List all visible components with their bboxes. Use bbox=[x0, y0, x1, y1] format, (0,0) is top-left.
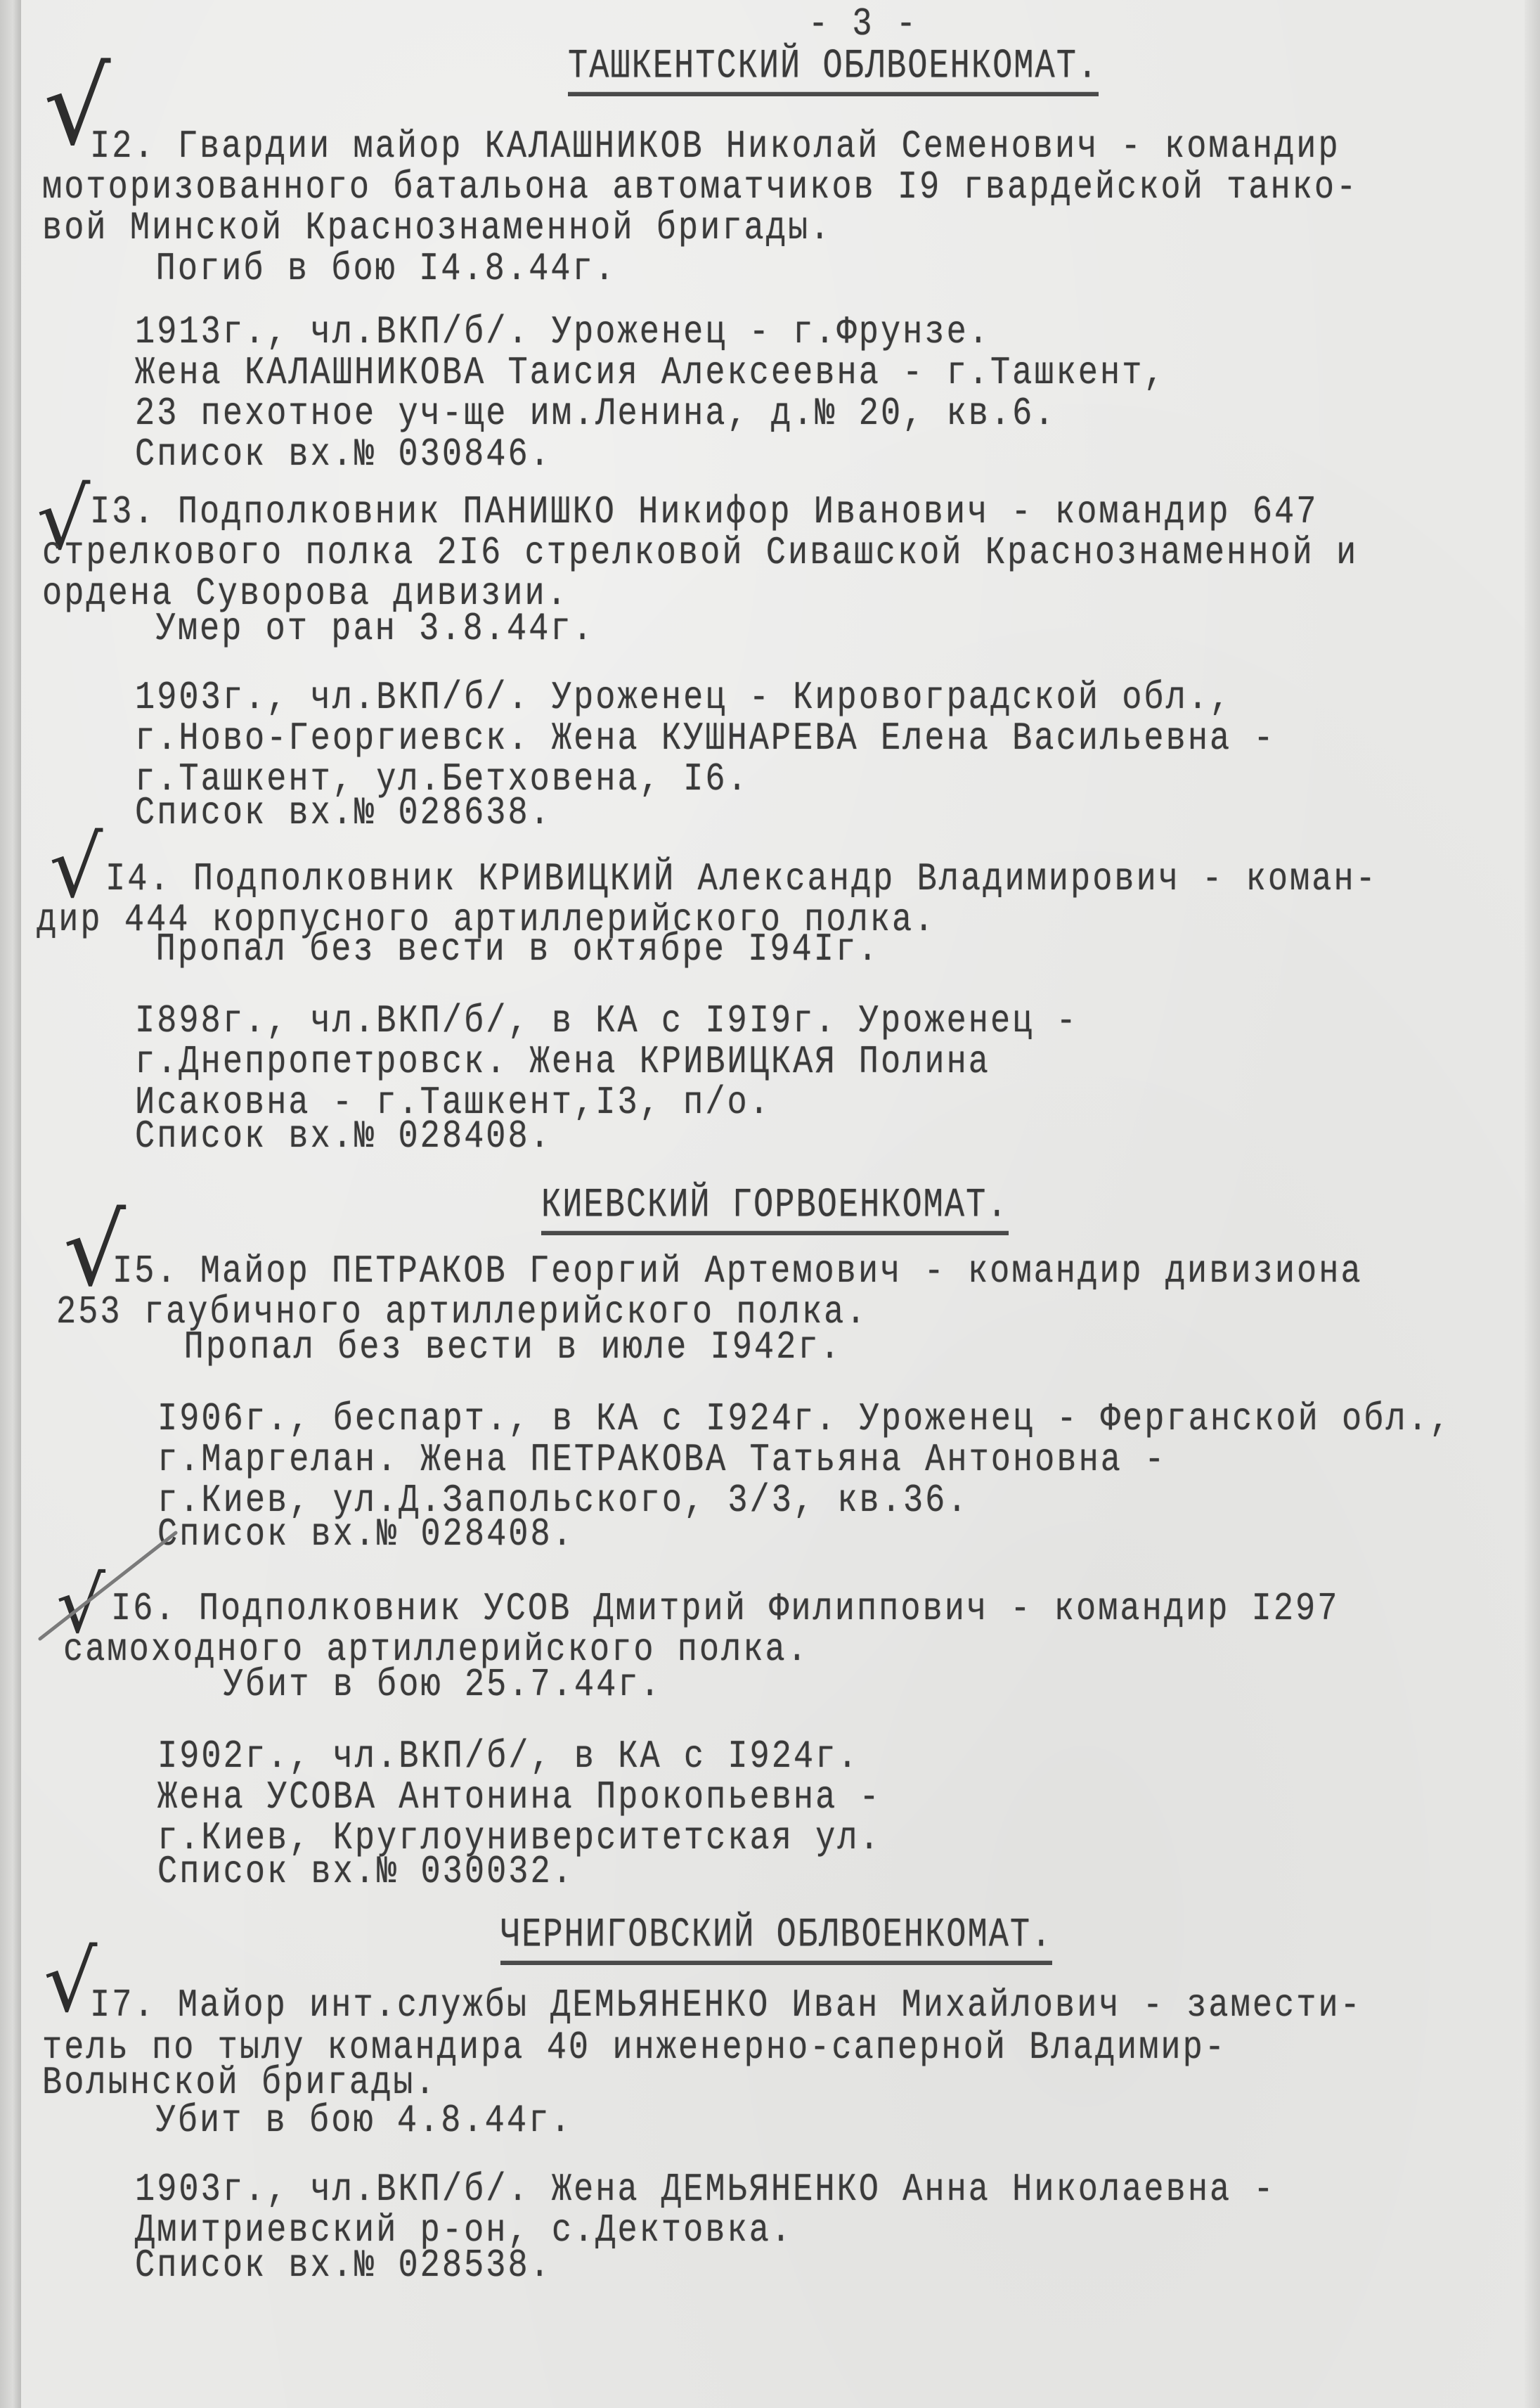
section-heading-chernigov: ЧЕРНИГОВСКИЙ ОБЛВОЕНКОМАТ. bbox=[500, 1912, 1052, 1965]
page-number: - 3 - bbox=[808, 1, 918, 49]
section-heading-tashkent: ТАШКЕНТСКИЙ ОБЛВОЕНКОМАТ. bbox=[568, 44, 1099, 96]
entry-16-death: Убит в бою 25.7.44г. bbox=[157, 1662, 662, 1710]
section-heading-kiev: КИЕВСКИЙ ГОРВОЕНКОМАТ. bbox=[541, 1183, 1009, 1235]
entry-17-line-1: I7. Майор инт.службы ДЕМЬЯНЕНКО Иван Мих… bbox=[90, 1983, 1362, 2030]
entry-16-detail-4: Список вх.№ 030032. bbox=[157, 1849, 574, 1897]
entry-12-detail-4: Список вх.№ 030846. bbox=[135, 432, 552, 479]
entry-14-death: Пропал без вести в октябре I94Iг. bbox=[90, 927, 879, 974]
entry-12-death: Погиб в бою I4.8.44г. bbox=[90, 246, 616, 294]
check-mark-icon: √ bbox=[44, 1940, 97, 2025]
entry-13-death: Умер от ран 3.8.44г. bbox=[90, 606, 595, 654]
entry-15-detail-4: Список вх.№ 028408. bbox=[157, 1512, 574, 1559]
scan-left-edge bbox=[0, 0, 21, 2408]
scan-right-edge bbox=[1525, 0, 1540, 2408]
entry-13-detail-4: Список вх.№ 028638. bbox=[135, 790, 552, 838]
entry-14-detail-4: Список вх.№ 028408. bbox=[135, 1114, 552, 1161]
entry-15-death: Пропал без вести в июле I942г. bbox=[118, 1325, 842, 1372]
entry-17-death: Убит в бою 4.8.44г. bbox=[90, 2098, 573, 2146]
entry-17-detail-3: Список вх.№ 028538. bbox=[135, 2243, 552, 2291]
